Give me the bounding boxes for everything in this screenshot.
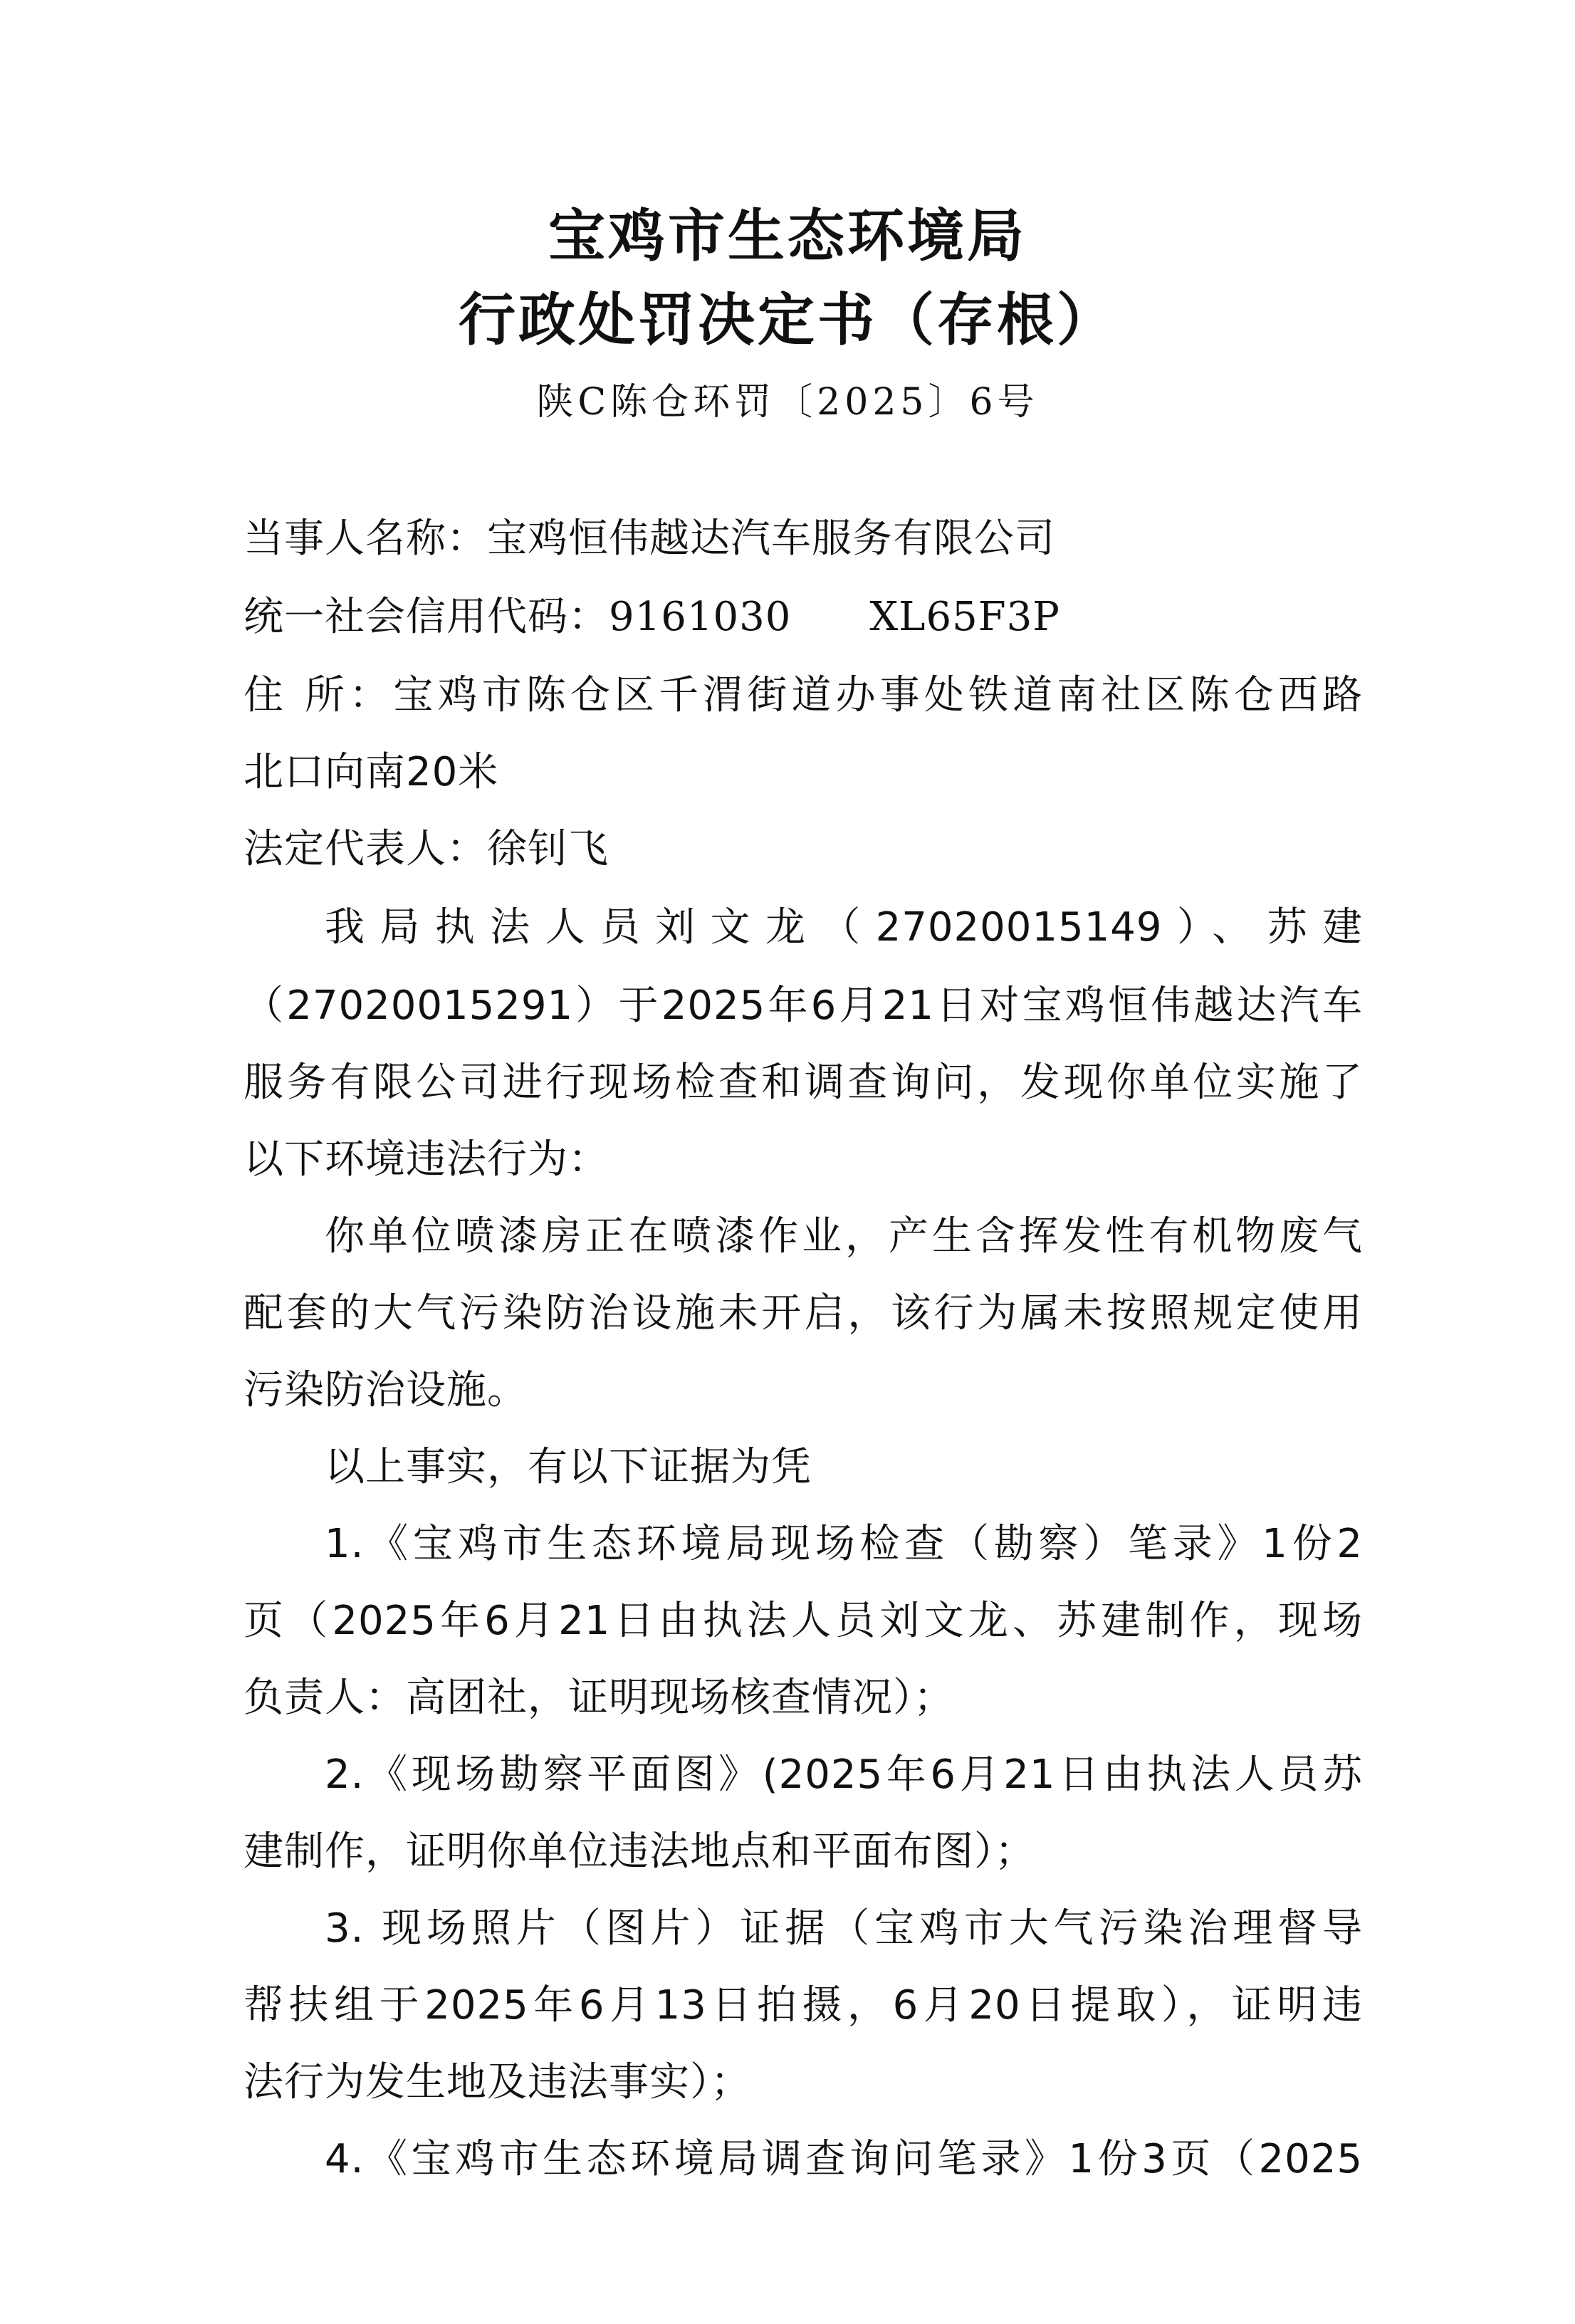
evidence-line: 1.《宝鸡市生态环境局现场检查（勘察）笔录》1份2 [325,1519,1363,1569]
document-number: 陕C陈仓环罚〔2025〕6号 [0,377,1575,427]
credit-code-part1: 9161030 [609,594,791,640]
evidence-line: 页（2025年6月21日由执法人员刘文龙、苏建制作，现场 [244,1596,1363,1646]
evidence-line: 3. 现场照片（图片）证据（宝鸡市大气污染治理督导 [325,1904,1363,1954]
credit-code-label: 统一社会信用代码： [244,594,609,640]
evidence-line: 4.《宝鸡市生态环境局调查询问笔录》1份3页（2025 [325,2135,1363,2184]
party-name-row: 当事人名称：宝鸡恒伟越达汽车服务有限公司 [244,514,1363,564]
body-line: （27020015291）于2025年6月21日对宝鸡恒伟越达汽车 [244,981,1363,1031]
evidence-line: 帮扶组于2025年6月13日拍摄，6月20日提取），证明违 [244,1981,1363,2031]
violation-line: 你单位喷漆房正在喷漆作业，产生含挥发性有机物废气 [325,1212,1363,1262]
evidence-intro: 以上事实，有以下证据为凭 [325,1443,1363,1492]
body-line: 我局执法人员刘文龙（27020015149）、苏建 [325,903,1363,953]
evidence-line: 负责人：高团社，证明现场核查情况）； [244,1673,1363,1723]
body-line: 以下环境违法行为： [244,1135,1363,1185]
party-name-value: 宝鸡恒伟越达汽车服务有限公司 [487,515,1055,562]
evidence-line: 建制作，证明你单位违法地点和平面布图）； [244,1827,1363,1877]
legal-rep-value: 徐钊飞 [487,826,609,872]
document-page: 宝鸡市生态环境局 行政处罚决定书（存根） 陕C陈仓环罚〔2025〕6号 当事人名… [0,0,1575,2324]
violation-line: 污染防治设施。 [244,1366,1363,1415]
legal-rep-row: 法定代表人：徐钊飞 [244,825,1363,874]
address-row: 住 所：宝鸡市陈仓区千渭街道办事处铁道南社区陈仓西路 [244,671,1363,721]
credit-code-part2: XL65F3P [869,594,1059,640]
party-name-label: 当事人名称： [244,515,487,562]
address-value-line1: 宝鸡市陈仓区千渭街道办事处铁道南社区陈仓西路 [393,672,1363,718]
evidence-line: 法行为发生地及违法事实）； [244,2058,1363,2108]
evidence-line: 2.《现场勘察平面图》(2025年6月21日由执法人员苏 [325,1750,1363,1800]
violation-line: 配套的大气污染防治设施未开启，该行为属未按照规定使用 [244,1289,1363,1339]
credit-code-row: 统一社会信用代码：9161030XL65F3P [244,592,1363,642]
body-line: 服务有限公司进行现场检查和调查询问，发现你单位实施了 [244,1058,1363,1108]
document-title: 行政处罚决定书（存根） [0,285,1575,356]
issuer-title: 宝鸡市生态环境局 [0,201,1575,272]
legal-rep-label: 法定代表人： [244,826,487,872]
address-label: 住 所： [244,672,393,718]
address-row-continued: 北口向南20米 [244,748,1363,797]
